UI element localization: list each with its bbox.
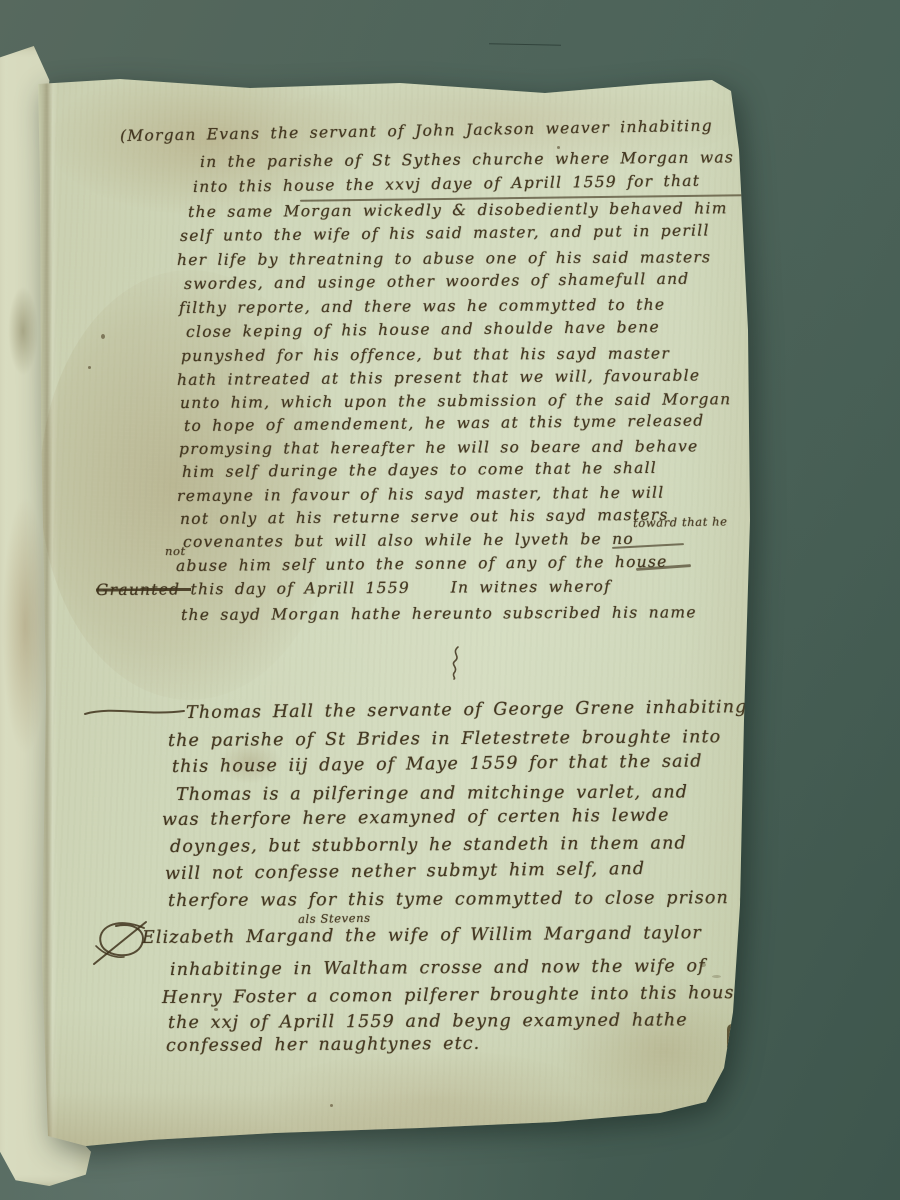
ink-speck [101, 334, 105, 339]
manuscript-line: promysing that hereafter he will so bear… [179, 437, 699, 458]
ink-speck [214, 1008, 218, 1011]
ink-speck [88, 366, 91, 369]
manuscript-photo: (Morgan Evans the servant of John Jackso… [0, 0, 900, 1200]
manuscript-line: self unto the wife of his said master, a… [180, 221, 710, 245]
manuscript-line: inhabitinge in Waltham crosse and now th… [170, 956, 706, 980]
manuscript-line: the parishe of St Brides in Fletestrete … [168, 727, 721, 751]
manuscript-line: (Morgan Evans the servant of John Jackso… [120, 117, 713, 145]
manuscript-line: the sayd Morgan hathe hereunto subscribe… [181, 603, 697, 624]
manuscript-line: into this house the xxvj daye of Aprill … [193, 172, 700, 196]
manuscript-line: to hope of amendement, he was at this ty… [184, 412, 705, 435]
manuscript-line: Thomas Hall the servante of George Grene… [186, 697, 789, 723]
manuscript-line: covenantes but will also while he lyveth… [183, 530, 634, 551]
manuscript-line: hath intreated at this present that we w… [177, 366, 700, 389]
manuscript-line: this house iij daye of Maye 1559 for tha… [172, 751, 703, 777]
interlineation: als Stevens [298, 911, 371, 926]
manuscript-line: will not confesse nether submyt him self… [165, 859, 645, 884]
interlineation: toward that he [633, 514, 728, 530]
manuscript-line: abuse him self unto the sonne of any of … [176, 553, 668, 575]
entry-lead-dash [84, 704, 186, 720]
struck-word: Graunted [96, 580, 191, 599]
manuscript-line: not only at his returne serve out his sa… [180, 506, 669, 528]
manuscript-line: in the parishe of St Sythes churche wher… [200, 148, 826, 171]
manuscript-line: close keping of his house and shoulde ha… [186, 318, 660, 341]
binding-edge [727, 1024, 744, 1090]
manuscript-line: Thomas is a pilferinge and mitchinge var… [176, 782, 688, 805]
ink-speck [330, 1104, 333, 1107]
manuscript-line: Elizabeth Margand the wife of Willim Mar… [142, 923, 702, 948]
manuscript-line: Henry Foster a comon pilferer broughte i… [162, 983, 746, 1008]
manuscript-line: unto him, which upon the submission of t… [180, 390, 732, 412]
manuscript-line: punyshed for his offence, but that his s… [181, 344, 670, 365]
manuscript-line: him self duringe the dayes to come that … [182, 459, 657, 481]
manuscript-line: Graunted this day of Aprill 1559 In witn… [96, 577, 611, 599]
manuscript-line: filthy reporte, and there was he commytt… [179, 296, 665, 317]
gutter-crease [38, 80, 58, 1142]
manuscript-line: the xxj of Aprill 1559 and beyng examyne… [168, 1010, 688, 1033]
manuscript-line: was therfore here examyned of certen his… [162, 806, 670, 830]
stain-bottom-mid [270, 1050, 600, 1150]
manuscript-line: swordes, and usinge other woordes of sha… [184, 270, 690, 293]
manuscript-line: her life by threatning to abuse one of h… [177, 248, 711, 269]
manuscript-line: the same Morgan wickedly & disobediently… [188, 199, 728, 221]
book-page: (Morgan Evans the servant of John Jackso… [0, 0, 900, 1200]
smudge-speck [712, 975, 721, 978]
manuscript-line: confessed her naughtynes etc. [166, 1034, 480, 1056]
ink-speck [557, 146, 560, 149]
page-shadow-wrap: (Morgan Evans the servant of John Jackso… [0, 0, 900, 1200]
scribal-squiggle-mark [448, 646, 464, 680]
manuscript-line: remayne in favour of his sayd master, th… [177, 484, 665, 505]
interlineation: not [165, 544, 186, 558]
manuscript-line: therfore was for this tyme commytted to … [168, 888, 770, 911]
manuscript-line: doynges, but stubbornly he standeth in t… [170, 833, 687, 857]
